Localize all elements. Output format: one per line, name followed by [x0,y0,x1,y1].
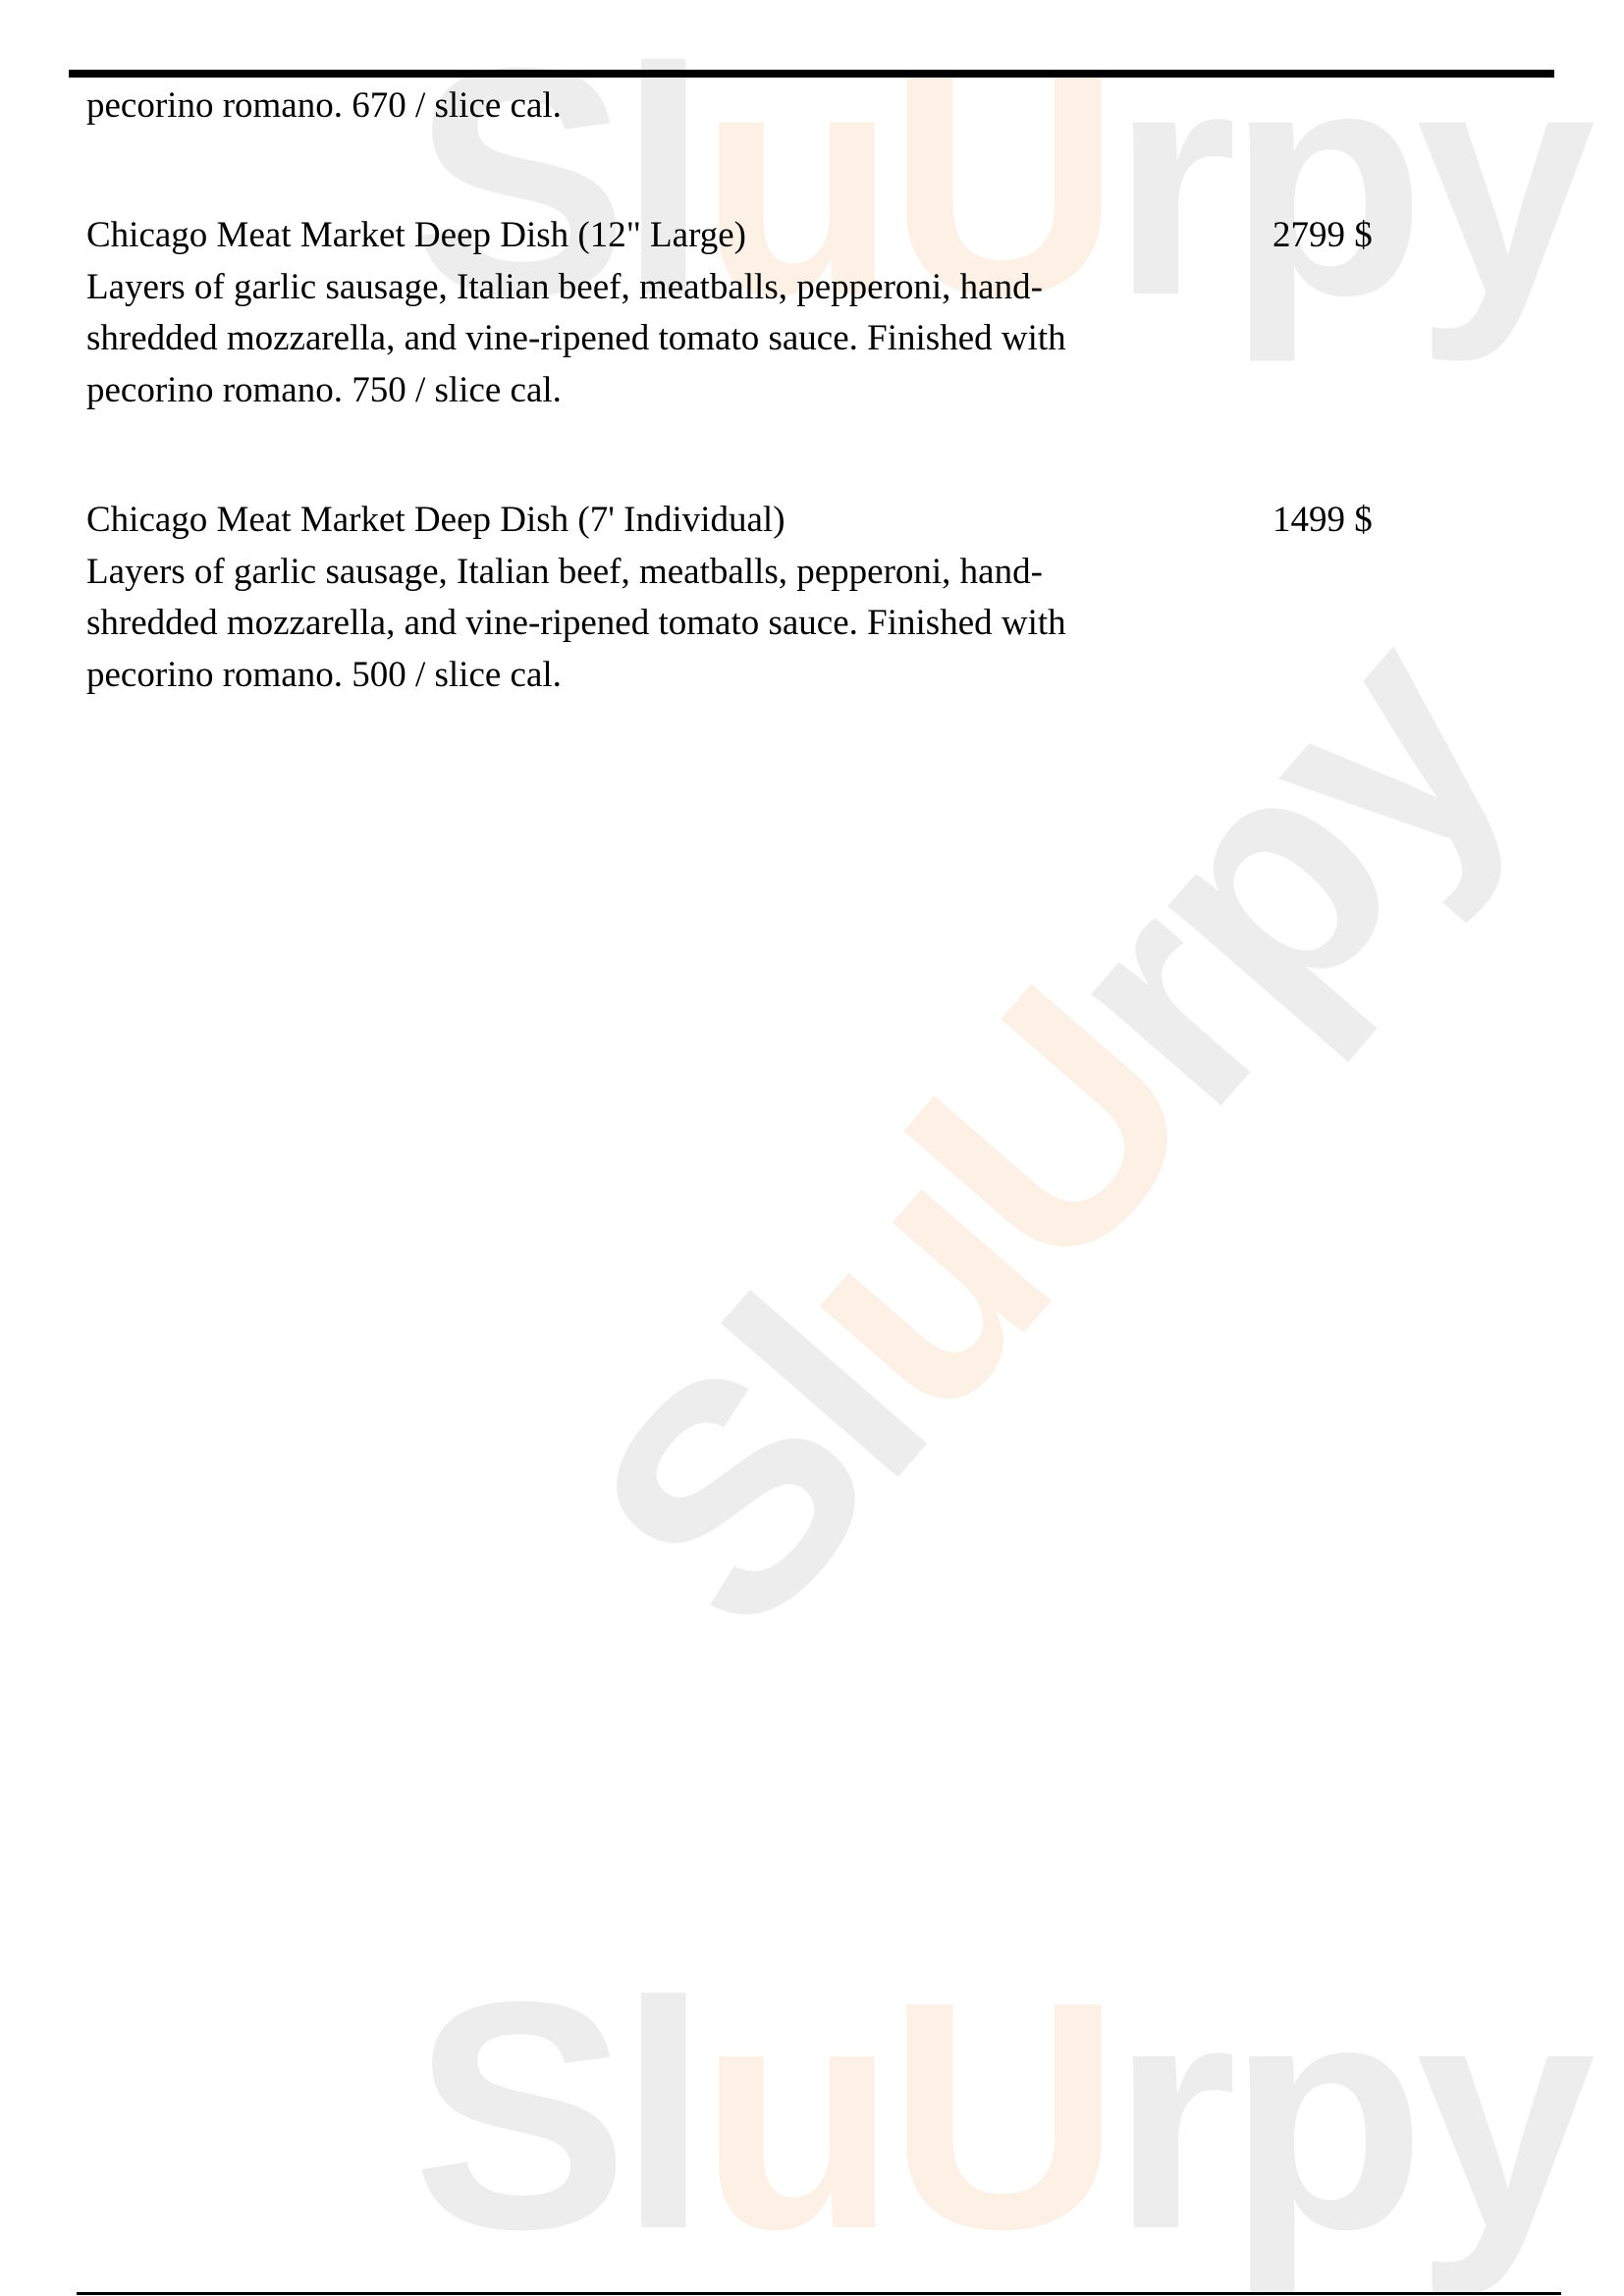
description-line: shredded mozzarella, and vine-ripened to… [86,598,1216,650]
slurpy-watermark-bottom: SluUrpy [412,1953,1586,2277]
top-divider [69,70,1554,78]
bottom-divider [77,2292,1561,2295]
menu-item-title: Chicago Meat Market Deep Dish (7' Indivi… [86,495,1402,547]
menu-item-description: Layers of garlic sausage, Italian beef, … [86,262,1216,417]
menu-item-price: 1499 $ [1272,495,1373,547]
description-line: Layers of garlic sausage, Italian beef, … [86,547,1216,599]
watermark-part: rpy [1111,1934,1587,2296]
description-line: Layers of garlic sausage, Italian beef, … [86,262,1216,314]
slurpy-watermark-middle: SluUrpy [541,585,1555,1683]
watermark-part: Sl [412,1934,699,2296]
continued-description: pecorino romano. 670 / slice cal. [86,80,562,133]
menu-item: Chicago Meat Market Deep Dish (7' Indivi… [86,495,1402,701]
menu-item-price: 2799 $ [1272,210,1373,262]
menu-item-title: Chicago Meat Market Deep Dish (12" Large… [86,210,1402,262]
description-line: pecorino romano. 500 / slice cal. [86,650,1216,702]
watermark-part: uU [699,1934,1111,2296]
description-line: shredded mozzarella, and vine-ripened to… [86,313,1216,365]
description-line: pecorino romano. 750 / slice cal. [86,365,1216,417]
menu-item-description: Layers of garlic sausage, Italian beef, … [86,547,1216,702]
menu-item: Chicago Meat Market Deep Dish (12" Large… [86,210,1402,416]
